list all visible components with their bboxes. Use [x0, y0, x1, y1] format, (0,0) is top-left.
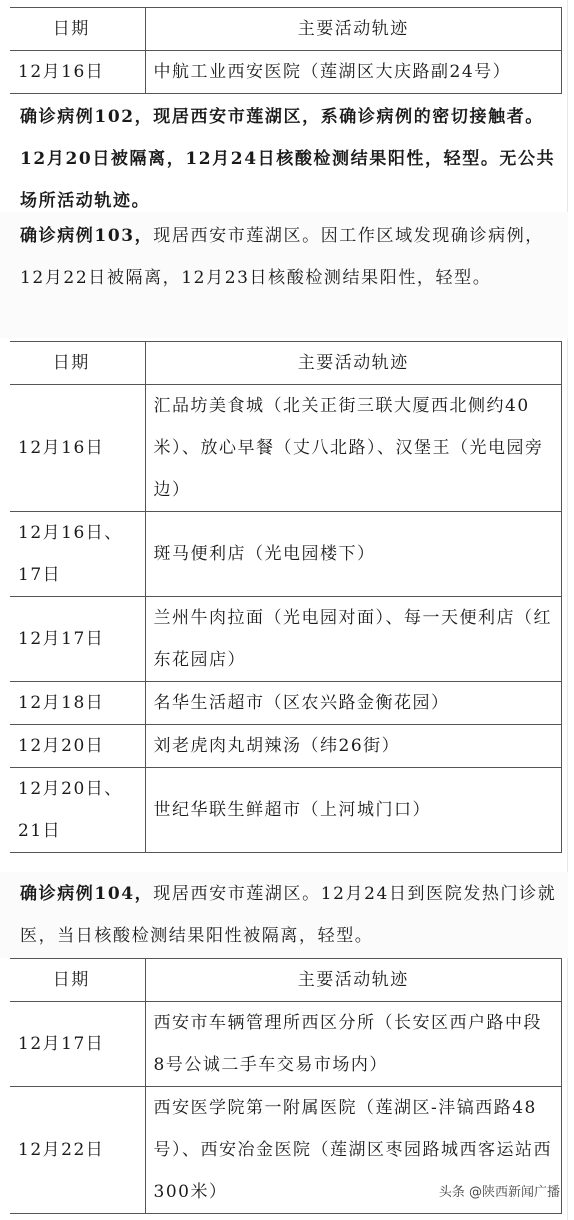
- trace-table-previous-case: 日期 主要活动轨迹 12月16日 中航工业西安医院（莲湖区大庆路副24号）: [10, 7, 562, 94]
- page-edge-line: [567, 0, 568, 1220]
- cell-place: 刘老虎肉丸胡辣汤（纬26街）: [145, 725, 562, 768]
- case-104-lead: 确诊病例104，: [20, 884, 153, 904]
- table-row: 12月20日、21日 世纪华联生鲜超市（上河城门口）: [10, 768, 562, 853]
- cell-date: 12月20日: [10, 725, 145, 768]
- header-activity: 主要活动轨迹: [145, 959, 562, 1002]
- header-date: 日期: [10, 959, 145, 1002]
- case-103-paragraph: 确诊病例103，现居西安市莲湖区。因工作区域发现确诊病例，12月22日被隔离，1…: [20, 215, 560, 299]
- table-row: 12月20日 刘老虎肉丸胡辣汤（纬26街）: [10, 725, 562, 768]
- cell-date: 12月18日: [10, 682, 145, 725]
- case-103-lead: 确诊病例103，: [20, 226, 153, 246]
- case-104-paragraph: 确诊病例104，现居西安市莲湖区。12月24日到医院发热门诊就医，当日核酸检测结…: [20, 873, 560, 957]
- table-row: 12月18日 名华生活超市（区农兴路金衡花园）: [10, 682, 562, 725]
- cell-date: 12月16日、17日: [10, 512, 145, 597]
- cell-date: 12月16日: [10, 385, 145, 512]
- cell-place: 兰州牛肉拉面（光电园对面）、每一天便利店（红东花园店）: [145, 597, 562, 682]
- table-row: 12月16日 中航工业西安医院（莲湖区大庆路副24号）: [10, 51, 562, 94]
- cell-date: 12月17日: [10, 597, 145, 682]
- table-header-row: 日期 主要活动轨迹: [10, 959, 562, 1002]
- cell-date: 12月22日: [10, 1087, 145, 1214]
- case-102-paragraph: 确诊病例102，现居西安市莲湖区，系确诊病例的密切接触者。12月20日被隔离，1…: [20, 96, 560, 222]
- trace-table-case-103: 日期 主要活动轨迹 12月16日 汇品坊美食城（北关正街三联大厦西北侧约40米）…: [10, 341, 562, 853]
- cell-date: 12月16日: [10, 51, 145, 94]
- cell-place: 斑马便利店（光电园楼下）: [145, 512, 562, 597]
- cell-place: 名华生活超市（区农兴路金衡花园）: [145, 682, 562, 725]
- header-activity: 主要活动轨迹: [145, 342, 562, 385]
- cell-date: 12月17日: [10, 1002, 145, 1087]
- cell-place: 中航工业西安医院（莲湖区大庆路副24号）: [145, 51, 562, 94]
- table-header-row: 日期 主要活动轨迹: [10, 342, 562, 385]
- cell-place: 汇品坊美食城（北关正街三联大厦西北侧约40米）、放心早餐（丈八北路）、汉堡王（光…: [145, 385, 562, 512]
- cell-date: 12月20日、21日: [10, 768, 145, 853]
- table-row: 12月16日、17日 斑马便利店（光电园楼下）: [10, 512, 562, 597]
- table-row: 12月17日 兰州牛肉拉面（光电园对面）、每一天便利店（红东花园店）: [10, 597, 562, 682]
- cell-place: 世纪华联生鲜超市（上河城门口）: [145, 768, 562, 853]
- table-row: 12月16日 汇品坊美食城（北关正街三联大厦西北侧约40米）、放心早餐（丈八北路…: [10, 385, 562, 512]
- header-date: 日期: [10, 8, 145, 51]
- source-watermark: 头条 @陕西新闻广播: [439, 1181, 560, 1200]
- header-date: 日期: [10, 342, 145, 385]
- trace-table-case-104: 日期 主要活动轨迹 12月17日 西安市车辆管理所西区分所（长安区西户路中段8号…: [10, 958, 562, 1214]
- table-header-row: 日期 主要活动轨迹: [10, 8, 562, 51]
- case-102-lead: 确诊病例102，: [20, 107, 153, 127]
- header-activity: 主要活动轨迹: [145, 8, 562, 51]
- cell-place: 西安市车辆管理所西区分所（长安区西户路中段8号公诚二手车交易市场内）: [145, 1002, 562, 1087]
- table-row: 12月17日 西安市车辆管理所西区分所（长安区西户路中段8号公诚二手车交易市场内…: [10, 1002, 562, 1087]
